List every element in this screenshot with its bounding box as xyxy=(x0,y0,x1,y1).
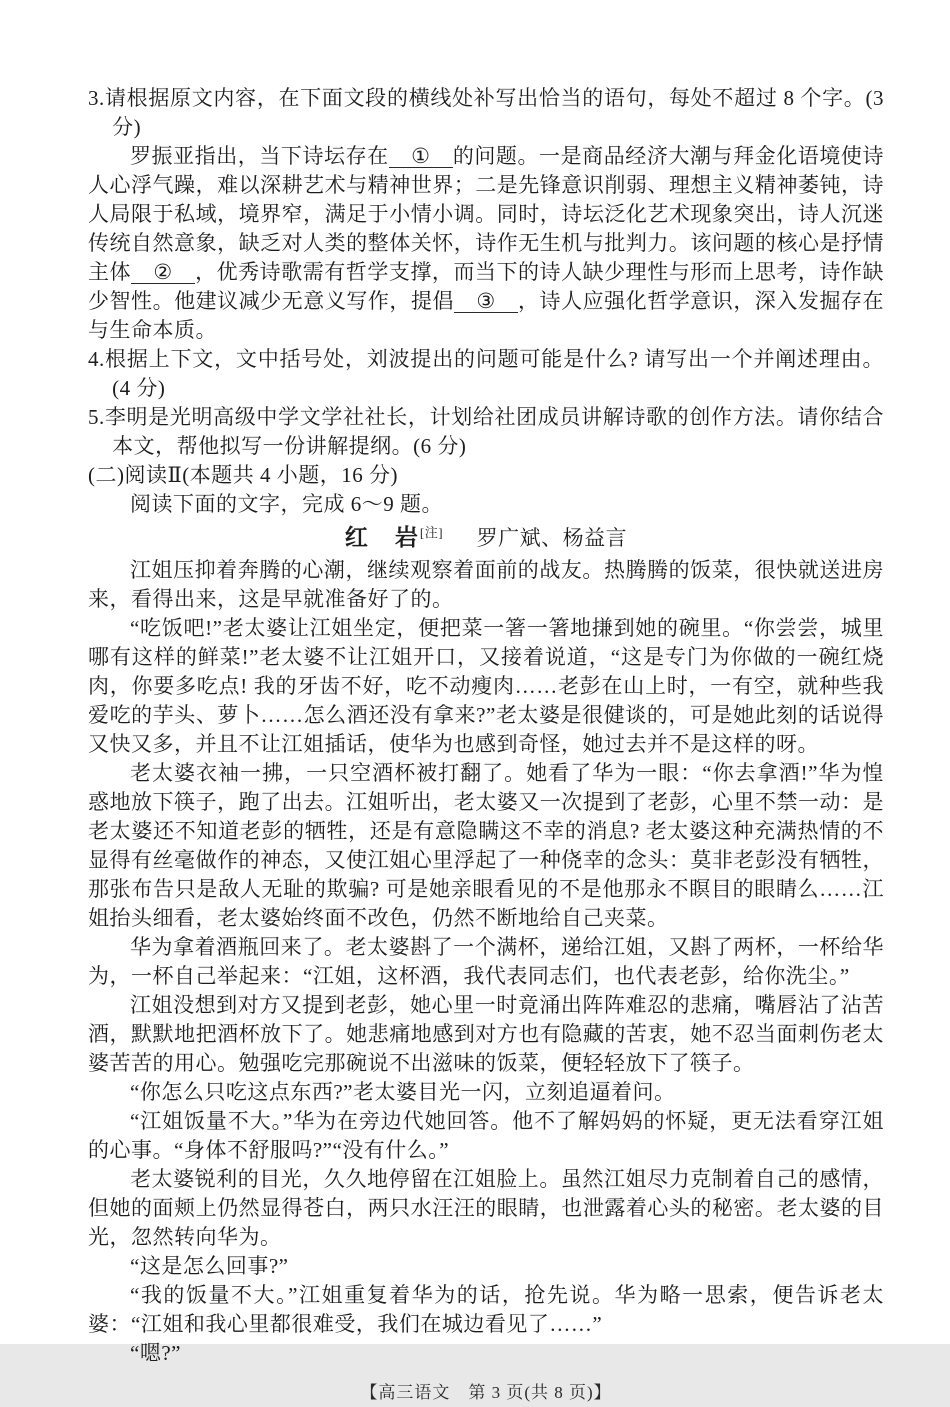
reading-paragraph: “吃饭吧!”老太婆让江姐坐定，便把菜一箸一箸地搛到她的碗里。“你尝尝，城里哪有这… xyxy=(88,614,884,759)
fill-blank-1: ① xyxy=(389,145,453,168)
reading-title-authors: 罗广斌、杨益言 xyxy=(477,526,628,550)
reading-paragraph: “江姐饭量不大。”华为在旁边代她回答。他不了解妈妈的怀疑，更无法看穿江姐的心事。… xyxy=(88,1107,884,1165)
question-3-passage: 罗振亚指出，当下诗坛存在①的问题。一是商品经济大潮与拜金化语境使诗人心浮气躁，难… xyxy=(88,142,884,345)
exam-page: 3.请根据原文内容，在下面文段的横线处补写出恰当的语句，每处不超过 8 个字。(… xyxy=(0,0,950,1344)
reading-paragraph: 老太婆衣袖一拂，一只空酒杯被打翻了。她看了华为一眼：“你去拿酒!”华为惶惑地放下… xyxy=(88,759,884,933)
question-4-prompt: 4.根据上下文，文中括号处，刘波提出的问题可能是什么? 请写出一个并阐述理由。(… xyxy=(88,345,884,403)
reading-paragraph: “我的饭量不大。”江姐重复着华为的话，抢先说。华为略一思索，便告诉老太婆：“江姐… xyxy=(88,1281,884,1339)
reading-paragraph: “这是怎么回事?” xyxy=(88,1252,884,1281)
page-footer: 【高三语文 第 3 页(共 8 页)】 xyxy=(88,1378,884,1407)
question-3-prompt: 3.请根据原文内容，在下面文段的横线处补写出恰当的语句，每处不超过 8 个字。(… xyxy=(88,84,884,142)
passage-segment: 罗振亚指出，当下诗坛存在 xyxy=(130,144,389,168)
reading-paragraph: “嗯?” xyxy=(88,1339,884,1368)
fill-blank-3: ③ xyxy=(454,290,518,313)
reading-title-text: 红 岩 xyxy=(345,525,420,550)
reading-paragraph: “你怎么只吃这点东西?”老太婆目光一闪，立刻追逼着问。 xyxy=(88,1078,884,1107)
section-2-instruction: 阅读下面的文字，完成 6～9 题。 xyxy=(88,490,884,519)
section-2-heading: (二)阅读Ⅱ(本题共 4 小题，16 分) xyxy=(88,461,884,490)
fill-blank-2: ② xyxy=(131,261,195,284)
reading-title-note-mark: [注] xyxy=(420,525,443,540)
reading-paragraph: 江姐压抑着奔腾的心潮，继续观察着面前的战友。热腾腾的饭菜，很快就送进房来，看得出… xyxy=(88,556,884,614)
reading-title: 红 岩[注]罗广斌、杨益言 xyxy=(88,522,884,554)
reading-paragraph: 江姐没想到对方又提到老彭，她心里一时竟涌出阵阵难忍的悲痛，嘴唇沾了沾苦酒，默默地… xyxy=(88,991,884,1078)
question-5-prompt: 5.李明是光明高级中学文学社社长，计划给社团成员讲解诗歌的创作方法。请你结合本文… xyxy=(88,403,884,461)
reading-paragraph: 华为拿着酒瓶回来了。老太婆斟了一个满杯，递给江姐，又斟了两杯，一杯给华为，一杯自… xyxy=(88,933,884,991)
reading-paragraph: 老太婆锐利的目光，久久地停留在江姐脸上。虽然江姐尽力克制着自己的感情，但她的面颊… xyxy=(88,1165,884,1252)
